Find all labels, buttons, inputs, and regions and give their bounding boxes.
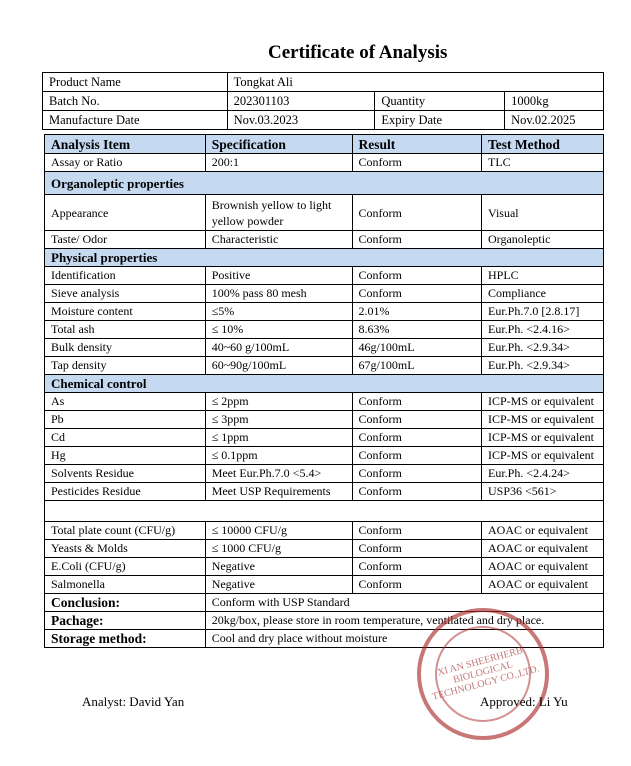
- table-row: Solvents ResidueMeet Eur.Ph.7.0 <5.4>Con…: [45, 465, 604, 483]
- batch-label: Batch No.: [43, 92, 228, 111]
- section-organoleptic: Organoleptic properties: [45, 172, 604, 195]
- method-cell: AOAC or equivalent: [482, 576, 604, 594]
- method-cell: Eur.Ph. <2.9.34>: [482, 339, 604, 357]
- spec-cell: Characteristic: [205, 231, 352, 249]
- table-row: AppearanceBrownish yellow to light yello…: [45, 195, 604, 231]
- method-cell: TLC: [482, 154, 604, 172]
- item-cell: Total plate count (CFU/g): [45, 522, 206, 540]
- item-cell: Yeasts & Molds: [45, 540, 206, 558]
- header-specification: Specification: [205, 135, 352, 154]
- spec-cell: ≤ 0.1ppm: [205, 447, 352, 465]
- table-row: Cd≤ 1ppmConformICP-MS or equivalent: [45, 429, 604, 447]
- method-cell: ICP-MS or equivalent: [482, 411, 604, 429]
- spec-cell: Negative: [205, 558, 352, 576]
- table-row: Pesticides ResidueMeet USP RequirementsC…: [45, 483, 604, 501]
- spec-cell: ≤ 10000 CFU/g: [205, 522, 352, 540]
- spec-cell: ≤ 3ppm: [205, 411, 352, 429]
- spec-cell: ≤ 2ppm: [205, 393, 352, 411]
- dates-row: Manufacture Date Nov.03.2023 Expiry Date…: [43, 111, 604, 130]
- result-cell: Conform: [352, 285, 481, 303]
- conclusion-row: Conclusion:Conform with USP Standard: [45, 594, 604, 612]
- result-cell: 46g/100mL: [352, 339, 481, 357]
- section-title: Organoleptic properties: [45, 172, 604, 195]
- section-title: Chemical control: [45, 375, 604, 393]
- spec-cell: Meet USP Requirements: [205, 483, 352, 501]
- approved-signature: Approved: Li Yu: [480, 694, 568, 710]
- item-cell: Tap density: [45, 357, 206, 375]
- method-cell: Eur.Ph. <2.4.16>: [482, 321, 604, 339]
- method-cell: ICP-MS or equivalent: [482, 393, 604, 411]
- conclusion-value: Conform with USP Standard: [205, 594, 603, 612]
- item-cell: Pb: [45, 411, 206, 429]
- table-header-row: Analysis ItemSpecificationResultTest Met…: [45, 135, 604, 154]
- batch-row: Batch No. 202301103 Quantity 1000kg: [43, 92, 604, 111]
- item-cell: Total ash: [45, 321, 206, 339]
- table-row: Moisture content≤5%2.01%Eur.Ph.7.0 [2.8.…: [45, 303, 604, 321]
- result-cell: Conform: [352, 195, 481, 231]
- document-title: Certificate of Analysis: [100, 42, 631, 64]
- spec-cell: ≤ 1ppm: [205, 429, 352, 447]
- expiry-date-value: Nov.02.2025: [505, 111, 604, 130]
- result-cell: Conform: [352, 558, 481, 576]
- method-cell: Eur.Ph. <2.9.34>: [482, 357, 604, 375]
- spec-cell: Positive: [205, 267, 352, 285]
- table-row: Sieve analysis100% pass 80 meshConformCo…: [45, 285, 604, 303]
- table-row: As≤ 2ppmConformICP-MS or equivalent: [45, 393, 604, 411]
- item-cell: Taste/ Odor: [45, 231, 206, 249]
- product-info-table: Product Name Tongkat Ali Batch No. 20230…: [42, 72, 604, 130]
- quantity-label: Quantity: [375, 92, 505, 111]
- method-cell: AOAC or equivalent: [482, 522, 604, 540]
- result-cell: Conform: [352, 231, 481, 249]
- product-name-row: Product Name Tongkat Ali: [43, 73, 604, 92]
- table-row: Tap density60~90g/100mL67g/100mLEur.Ph. …: [45, 357, 604, 375]
- analysis-table: Analysis ItemSpecificationResultTest Met…: [44, 134, 604, 648]
- method-cell: ICP-MS or equivalent: [482, 447, 604, 465]
- item-cell: Appearance: [45, 195, 206, 231]
- result-cell: Conform: [352, 267, 481, 285]
- spec-cell: ≤ 10%: [205, 321, 352, 339]
- table-row: Assay or Ratio200:1ConformTLC: [45, 154, 604, 172]
- result-cell: Conform: [352, 522, 481, 540]
- method-cell: Compliance: [482, 285, 604, 303]
- item-cell: Pesticides Residue: [45, 483, 206, 501]
- table-row: Total plate count (CFU/g)≤ 10000 CFU/gCo…: [45, 522, 604, 540]
- spec-cell: ≤ 1000 CFU/g: [205, 540, 352, 558]
- product-name-label: Product Name: [43, 73, 228, 92]
- result-cell: Conform: [352, 154, 481, 172]
- table-row: Yeasts & Molds≤ 1000 CFU/gConformAOAC or…: [45, 540, 604, 558]
- blank-cell: [45, 501, 604, 522]
- manufacture-date-label: Manufacture Date: [43, 111, 228, 130]
- item-cell: Assay or Ratio: [45, 154, 206, 172]
- item-cell: Salmonella: [45, 576, 206, 594]
- analyst-signature: Analyst: David Yan: [82, 694, 184, 710]
- method-cell: Eur.Ph. <2.4.24>: [482, 465, 604, 483]
- table-row: Taste/ OdorCharacteristicConformOrganole…: [45, 231, 604, 249]
- product-name-value: Tongkat Ali: [227, 73, 603, 92]
- expiry-date-label: Expiry Date: [375, 111, 505, 130]
- result-cell: Conform: [352, 411, 481, 429]
- result-cell: Conform: [352, 447, 481, 465]
- result-cell: Conform: [352, 540, 481, 558]
- header-analysis-item: Analysis Item: [45, 135, 206, 154]
- spec-cell: Negative: [205, 576, 352, 594]
- result-cell: Conform: [352, 429, 481, 447]
- result-cell: Conform: [352, 576, 481, 594]
- spec-cell: 100% pass 80 mesh: [205, 285, 352, 303]
- company-seal-stamp: XI AN SHEERHERB BIOLOGICAL TECHNOLOGY CO…: [417, 608, 549, 740]
- header-test-method: Test Method: [482, 135, 604, 154]
- method-cell: Visual: [482, 195, 604, 231]
- storage-label: Storage method:: [45, 630, 206, 648]
- spec-cell: 200:1: [205, 154, 352, 172]
- item-cell: Solvents Residue: [45, 465, 206, 483]
- storage-value: Cool and dry place without moisture: [205, 630, 603, 648]
- result-cell: Conform: [352, 465, 481, 483]
- spec-cell: 60~90g/100mL: [205, 357, 352, 375]
- method-cell: Organoleptic: [482, 231, 604, 249]
- section-chemical: Chemical control: [45, 375, 604, 393]
- result-cell: 67g/100mL: [352, 357, 481, 375]
- method-cell: ICP-MS or equivalent: [482, 429, 604, 447]
- item-cell: Moisture content: [45, 303, 206, 321]
- spec-cell: ≤5%: [205, 303, 352, 321]
- item-cell: Identification: [45, 267, 206, 285]
- manufacture-date-value: Nov.03.2023: [227, 111, 375, 130]
- table-row: Bulk density40~60 g/100mL46g/100mLEur.Ph…: [45, 339, 604, 357]
- method-cell: AOAC or equivalent: [482, 558, 604, 576]
- header-result: Result: [352, 135, 481, 154]
- blank-row: [45, 501, 604, 522]
- method-cell: AOAC or equivalent: [482, 540, 604, 558]
- package-label: Pachage:: [45, 612, 206, 630]
- item-cell: Hg: [45, 447, 206, 465]
- table-row: Total ash≤ 10%8.63%Eur.Ph. <2.4.16>: [45, 321, 604, 339]
- result-cell: 2.01%: [352, 303, 481, 321]
- method-cell: Eur.Ph.7.0 [2.8.17]: [482, 303, 604, 321]
- table-row: IdentificationPositiveConformHPLC: [45, 267, 604, 285]
- table-row: SalmonellaNegativeConformAOAC or equival…: [45, 576, 604, 594]
- item-cell: Sieve analysis: [45, 285, 206, 303]
- item-cell: E.Coli (CFU/g): [45, 558, 206, 576]
- result-cell: Conform: [352, 393, 481, 411]
- table-row: Hg≤ 0.1ppmConformICP-MS or equivalent: [45, 447, 604, 465]
- table-row: E.Coli (CFU/g)NegativeConformAOAC or equ…: [45, 558, 604, 576]
- method-cell: USP36 <561>: [482, 483, 604, 501]
- item-cell: As: [45, 393, 206, 411]
- section-title: Physical properties: [45, 249, 604, 267]
- spec-cell: Meet Eur.Ph.7.0 <5.4>: [205, 465, 352, 483]
- method-cell: HPLC: [482, 267, 604, 285]
- spec-cell: Brownish yellow to light yellow powder: [205, 195, 352, 231]
- quantity-value: 1000kg: [505, 92, 604, 111]
- batch-value: 202301103: [227, 92, 375, 111]
- section-physical: Physical properties: [45, 249, 604, 267]
- spec-cell: 40~60 g/100mL: [205, 339, 352, 357]
- table-row: Pb≤ 3ppmConformICP-MS or equivalent: [45, 411, 604, 429]
- item-cell: Bulk density: [45, 339, 206, 357]
- conclusion-label: Conclusion:: [45, 594, 206, 612]
- item-cell: Cd: [45, 429, 206, 447]
- result-cell: Conform: [352, 483, 481, 501]
- result-cell: 8.63%: [352, 321, 481, 339]
- package-value: 20kg/box, please store in room temperatu…: [205, 612, 603, 630]
